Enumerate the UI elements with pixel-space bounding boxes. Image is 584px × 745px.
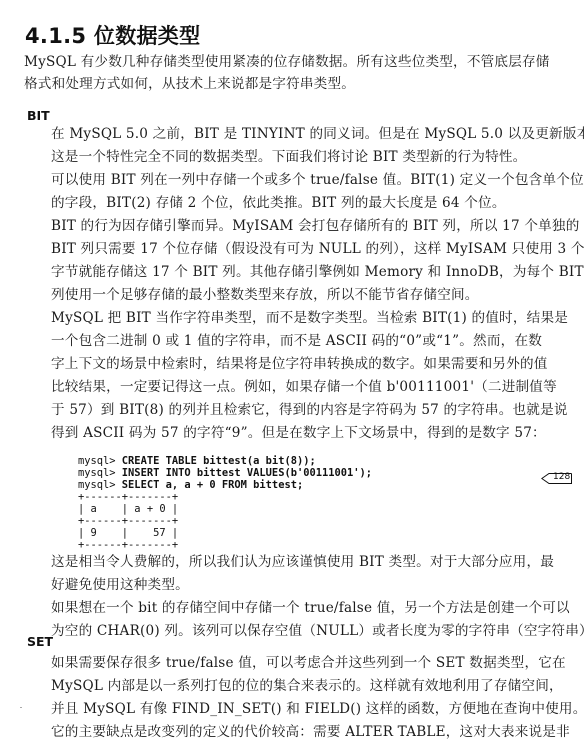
code-command: INSERT INTO bittest VALUES(b'00111001'); [122,467,372,479]
set-paragraph-line: 并且 MySQL 有像 FIND_IN_SET() 和 FIELD() 这样的函… [51,698,584,720]
intro-line: 格式和处理方式如何，从技术上来说都是字符串类型。 [24,73,355,95]
code-command: CREATE TABLE bittest(a bit(8)); [122,455,316,467]
bit-paragraph-line: 一个包含二进制 0 或 1 值的字符串，而不是 ASCII 码的“0”或“1”。… [51,330,542,352]
bit-paragraph-line: 于 57）到 BIT(8) 的列并且检索它，得到的内容是字符码为 57 的字符串… [51,399,568,421]
code-line: mysql> CREATE TABLE bittest(a bit(8)); [78,455,316,467]
bit-paragraph-line: 这是一个特性完全不同的数据类型。下面我们将讨论 BIT 类型新的行为特性。 [51,146,526,168]
code-prompt: mysql> [78,455,122,467]
result-table-border: +------+-------+ [78,515,178,527]
bit-paragraph-line: 好避免使用这种类型。 [51,574,189,596]
margin-page-reference: 128 [541,473,572,484]
code-command: SELECT a, a + 0 FROM bittest; [122,479,303,491]
code-line: mysql> INSERT INTO bittest VALUES(b'0011… [78,467,372,479]
margin-page-number: 128 [553,472,570,482]
term-bit: BIT [27,108,50,123]
code-prompt: mysql> [78,479,122,491]
scan-speck [20,707,22,708]
bit-paragraph-line: 比较结果，一定要记得这一点。例如，如果存储一个值 b'00111001'（二进制… [51,376,557,398]
bit-paragraph-line: BIT 的行为因存储引擎而异。MyISAM 会打包存储所有的 BIT 列，所以 … [51,215,580,237]
bit-paragraph-line: 可以使用 BIT 列在一列中存储一个或多个 true/false 值。BIT(1… [51,169,584,191]
set-paragraph-line: MySQL 内部是以一系列打包的位的集合来表示的。这样就有效地利用了存储空间， [51,675,563,697]
bit-paragraph-line: 得到 ASCII 码为 57 的字符“9”。但是在数字上下文场景中，得到的是数字… [51,422,546,444]
section-heading: 4.1.5 位数据类型 [25,20,200,50]
result-table-header: | a | a + 0 | [78,503,178,515]
bit-paragraph-line: 这是相当令人费解的，所以我们认为应该谨慎使用 BIT 类型。对于大部分应用，最 [51,551,554,573]
set-paragraph-line: 如果需要保存很多 true/false 值，可以考虑合并这些列到一个 SET 数… [51,652,566,674]
set-paragraph-line: 它的主要缺点是改变列的定义的代价较高：需要 ALTER TABLE，这对大表来说… [51,721,570,743]
bit-paragraph-line: 字上下文的场景中检索时，结果将是位字符串转换成的数字。如果需要和另外的值 [51,353,548,375]
bit-paragraph-line: 如果想在一个 bit 的存储空间中存储一个 true/false 值，另一个方法… [51,597,570,619]
term-set: SET [27,634,53,649]
result-table-border: +------+-------+ [78,491,178,503]
code-prompt: mysql> [78,467,122,479]
result-table-row: | 9 | 57 | [78,527,178,539]
result-table-border: +------+-------+ [78,539,178,551]
bit-paragraph-line: 列使用一个足够存储的最小整数类型来存放，所以不能节省存储空间。 [51,284,479,306]
bit-paragraph-line: 字节就能存储这 17 个 BIT 列。其他存储引擎例如 Memory 和 Inn… [51,261,584,283]
bit-paragraph-line: 的字段，BIT(2) 存储 2 个位，依此类推。BIT 列的最大长度是 64 个… [51,192,506,214]
intro-line: MySQL 有少数几种存储类型使用紧凑的位存储数据。所有这些位类型，不管底层存储 [24,51,550,73]
bit-paragraph-line: BIT 列只需要 17 个位存储（假设没有可为 NULL 的列），这样 MyIS… [51,238,584,260]
bit-paragraph-line: 为空的 CHAR(0) 列。该列可以保存空值（NULL）或者长度为零的字符串（空… [51,620,584,642]
bit-paragraph-line: MySQL 把 BIT 当作字符串类型，而不是数字类型。当检索 BIT(1) 的… [51,307,568,329]
code-line: mysql> SELECT a, a + 0 FROM bittest; [78,479,303,491]
bit-paragraph-line: 在 MySQL 5.0 之前，BIT 是 TINYINT 的同义词。但是在 My… [51,123,584,145]
